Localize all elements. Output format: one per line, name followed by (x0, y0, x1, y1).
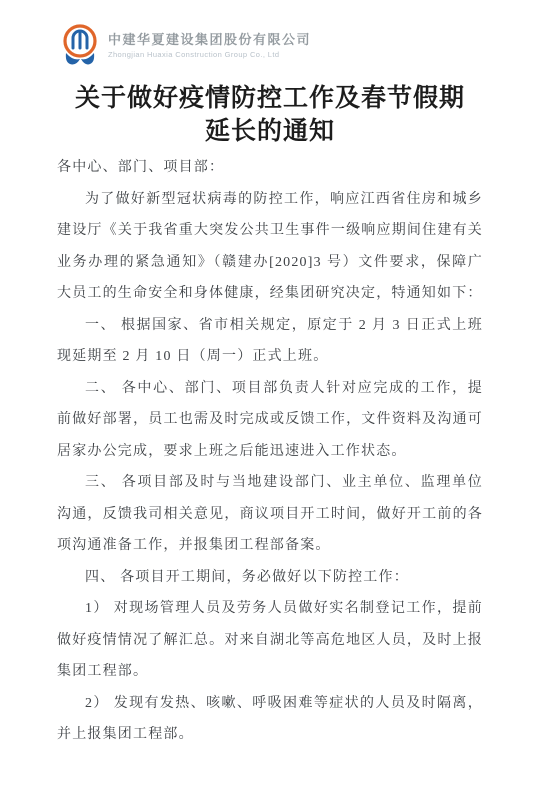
document-title: 关于做好疫情防控工作及春节假期 延长的通知 (0, 82, 540, 148)
paragraph-subitem-1: 1） 对现场管理人员及劳务人员做好实名制登记工作，提前做好疫情情况了解汇总。对来… (57, 593, 483, 688)
paragraph-item-4: 四、 各项目开工期间，务必做好以下防控工作： (57, 562, 483, 594)
paragraph-item-1: 一、 根据国家、省市相关规定，原定于 2 月 3 日正式上班现延期至 2 月 1… (57, 310, 483, 373)
company-logo-icon (58, 21, 102, 67)
document-title-line1: 关于做好疫情防控工作及春节假期 (0, 82, 540, 115)
letterhead: 中建华夏建设集团股份有限公司 Zhongjian Huaxia Construc… (58, 21, 311, 67)
document-body: 各中心、部门、项目部： 为了做好新型冠状病毒的防控工作，响应江西省住房和城乡建设… (57, 152, 483, 751)
document-page: 中建华夏建设集团股份有限公司 Zhongjian Huaxia Construc… (0, 0, 540, 800)
company-name-block: 中建华夏建设集团股份有限公司 Zhongjian Huaxia Construc… (108, 21, 311, 59)
company-name-en: Zhongjian Huaxia Construction Group Co.,… (108, 50, 311, 59)
paragraph-intro: 为了做好新型冠状病毒的防控工作，响应江西省住房和城乡建设厅《关于我省重大突发公共… (57, 184, 483, 310)
paragraph-item-3: 三、 各项目部及时与当地建设部门、业主单位、监理单位沟通，反馈我司相关意见，商议… (57, 467, 483, 562)
salutation: 各中心、部门、项目部： (57, 152, 483, 184)
document-title-line2: 延长的通知 (0, 115, 540, 148)
company-name-cn: 中建华夏建设集团股份有限公司 (108, 29, 311, 48)
paragraph-item-2: 二、 各中心、部门、项目部负责人针对应完成的工作，提前做好部署，员工也需及时完成… (57, 373, 483, 468)
paragraph-subitem-2: 2） 发现有发热、咳嗽、呼吸困难等症状的人员及时隔离，并上报集团工程部。 (57, 688, 483, 751)
